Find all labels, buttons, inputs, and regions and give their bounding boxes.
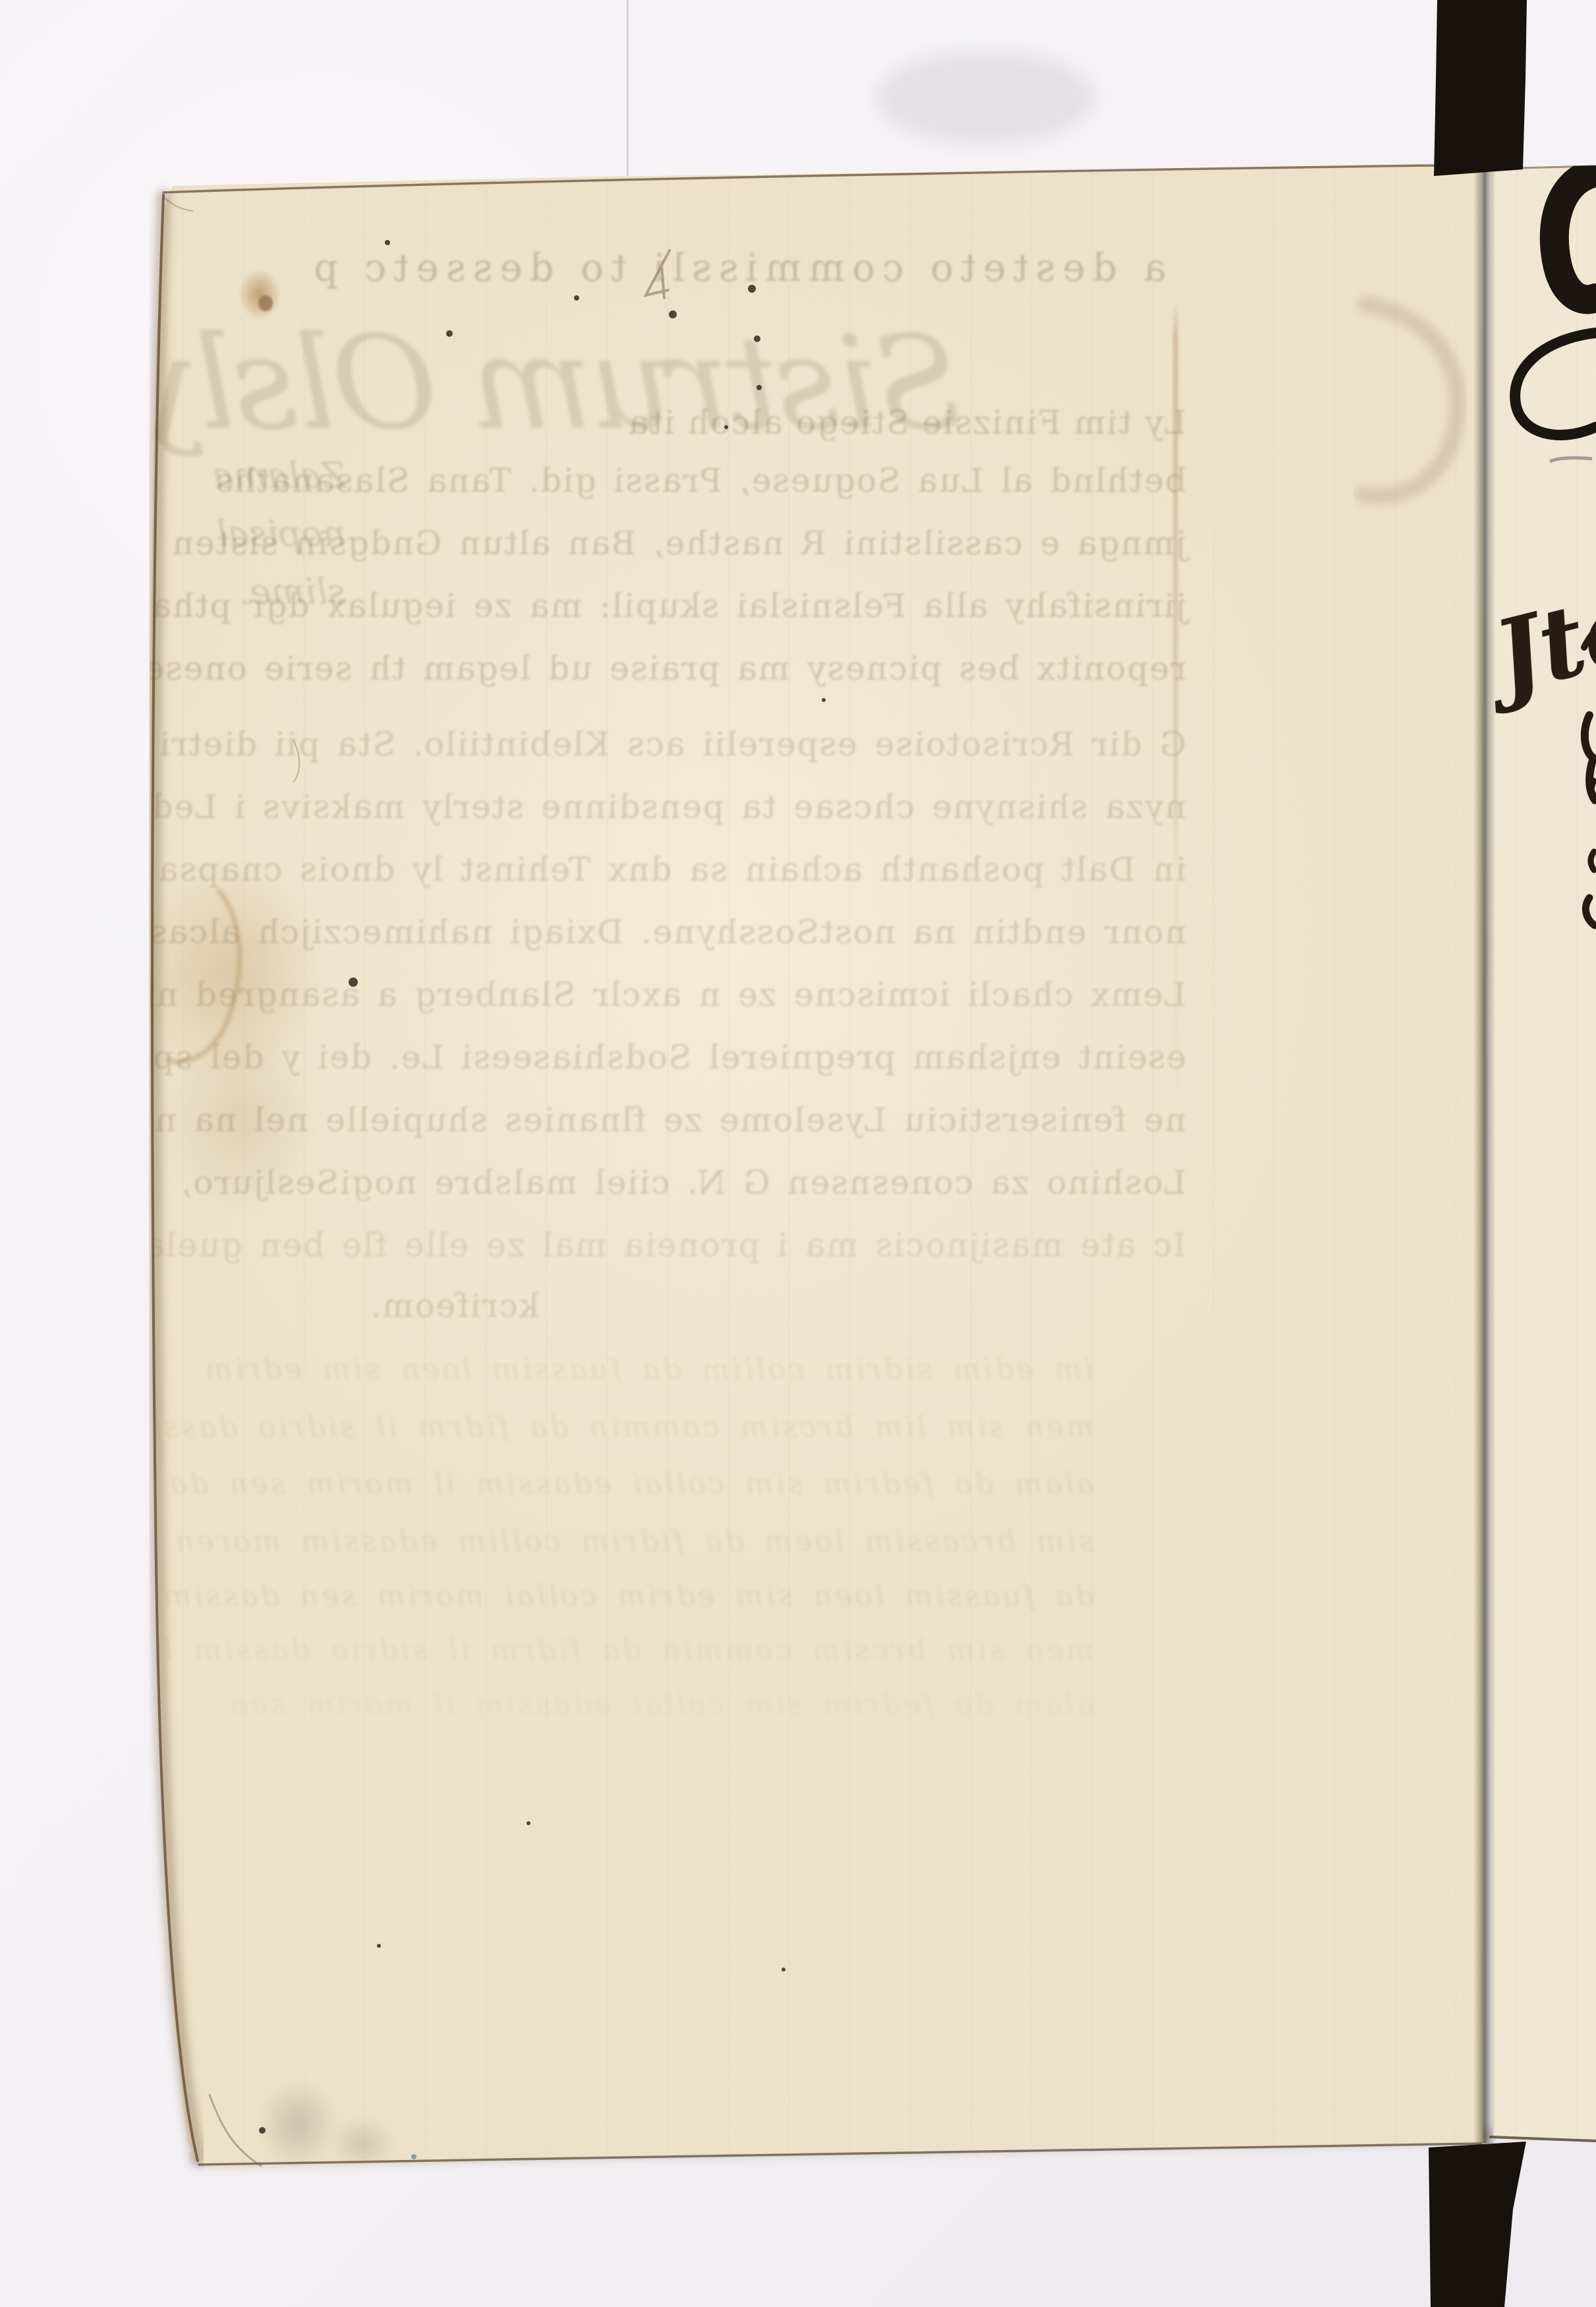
showthrough-cursive-line: im edim sidrim collim da fuassim loen si… [395, 1353, 1094, 1386]
book-gutter-shadow [1473, 165, 1496, 2144]
showthrough-line: in Dalt poshanth achain sa dnx Tehinst l… [368, 850, 1186, 889]
showthrough-heading-small: a desteto commissli to dessetc p [283, 245, 1166, 290]
showthrough-cursive-line: men sim lim brcsim commin da fidrm il si… [395, 1411, 1094, 1444]
background-blotch [876, 51, 1094, 144]
background-crease [627, 0, 629, 179]
showthrough-cursive-line: alam do fedrim sim collai edassim il mor… [395, 1688, 1094, 1722]
showthrough-cursive-line: da fuassim loen sim edrim collai morim s… [395, 1579, 1094, 1613]
showthrough-line: bethlnd al Lua Soguese, Prassi gid. Tana… [368, 461, 1186, 500]
verso-page: a desteto commissli to dessetc p Sistrum… [0, 0, 1596, 2307]
showthrough-line: Loshino za conesnsen G N. ciiel malsbre … [368, 1163, 1186, 1202]
showthrough-line: ne fenisersticiu Lyselome ze flnanies sh… [368, 1101, 1186, 1139]
showthrough-line: nyza shisnyne chcsae ta pensdinne sterly… [368, 788, 1186, 826]
showthrough-line: reponitx bes picnesy ma praise ud legam … [368, 649, 1186, 687]
showthrough-line: nonr endtin na nostSosshyne. Dxiagi nahi… [368, 913, 1186, 951]
showthrough-line: G dir Rcrisotoise esperelii acs Klebinti… [368, 725, 1186, 763]
showthrough-line: Lemx chacli icmiscne ze n axclr Slanberg… [368, 976, 1186, 1014]
smudge-bottom-left [258, 2080, 337, 2169]
smudge-bottom-left-2 [329, 2117, 395, 2170]
showthrough-line: Ic ate masijnocis ma i proneia mal ze el… [368, 1226, 1186, 1264]
showthrough-margin-rule-tail [1175, 882, 1178, 1165]
showthrough-line: jirinsifahy alla Felsnislai skupil: ma z… [368, 587, 1186, 625]
showthrough-cursive-line: sim brcassim loem da fidrim collim edass… [395, 1525, 1094, 1558]
showthrough-line: jmnga e cassilstini R nasthe, Ban altun … [368, 524, 1186, 562]
manuscript-scan: a desteto commissli to dessetc p Sistrum… [0, 0, 1596, 2307]
showthrough-line: eseint enjsham pregnierel Sodshiaseesi L… [368, 1038, 1186, 1076]
showthrough-heading-overflow: Ly tim Finizsie Stiego alcoh ita [692, 403, 1186, 442]
showthrough-line-last: kcrifeom. [368, 1287, 539, 1325]
showthrough-cursive-line: alam do fedrim sim collai edassim il mor… [395, 1467, 1094, 1501]
showthrough-margin-rule [1173, 302, 1178, 882]
showthrough-cursive-line: men sim brcsim commin da fidrm il sidrio… [395, 1633, 1094, 1667]
